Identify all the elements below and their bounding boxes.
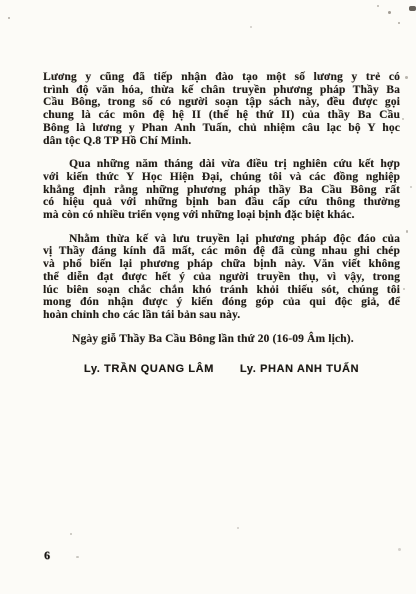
text-line: lúc biên soạn chắc chắn khó tránh khỏi t… [43,284,400,297]
paragraph-3: Nhằm thừa kế và lưu truyền lại phương ph… [43,233,400,322]
scan-speck [405,76,408,79]
text-line: mong đón nhận được ý kiến đóng góp của q… [43,296,400,309]
scan-speck [214,336,216,338]
text-line: Bông là lương y Phan Anh Tuấn, chủ nhiệm… [43,122,400,135]
scan-speck [70,533,72,535]
text-line: mà còn có nhiều triển vọng với những loạ… [43,209,400,222]
scan-speck [250,26,252,28]
text-line: và phổ biến lại phương pháp chữa bịnh nà… [43,258,400,271]
date-line: Ngày giỗ Thầy Ba Cầu Bông lần thứ 20 (16… [43,333,400,346]
signature-right: Ly. PHAN ANH TUẤN [240,363,359,376]
text-line: với kiến thức Y Học Hiện Đại, chúng tôi … [43,171,400,184]
scan-speck [76,556,79,558]
paragraph-1: Lương y cũng đã tiếp nhận đào tạo một số… [43,71,400,147]
scan-speck [409,6,416,11]
text-line: chung là các môn đệ hệ II (thế hệ thứ II… [43,109,400,122]
scan-speck [398,22,400,24]
text-line: Qua những năm tháng dài vừa điều trị ngh… [43,158,400,171]
scan-speck [398,548,401,551]
text-line: khẳng định rằng những phương pháp thầy B… [43,184,400,197]
text-line: dân tộc Q.8 TP Hồ Chí Minh. [43,135,400,148]
signature-left: Ly. TRẦN QUANG LÂM [84,363,214,376]
paragraph-2: Qua những năm tháng dài vừa điều trị ngh… [43,158,400,222]
scan-speck [410,186,412,188]
scan-speck [388,11,391,14]
page-number: 6 [44,548,50,563]
text-line: thể diễn đạt được hết ý của người truyền… [43,271,400,284]
text-line: có hiệu quả với những bịnh ban đầu cấp c… [43,196,400,209]
scan-speck [237,527,239,529]
text-line: Nhằm thừa kế và lưu truyền lại phương ph… [43,233,400,246]
scan-speck [403,288,405,290]
text-line: trình độ văn hóa, thừa kế chân truyền ph… [43,84,400,97]
scanned-page: Lương y cũng đã tiếp nhận đào tạo một số… [0,0,416,594]
scan-speck [377,5,379,7]
signature-row: Ly. TRẦN QUANG LÂM Ly. PHAN ANH TUẤN [43,363,400,376]
scan-speck [8,17,10,19]
text-line: vị Thầy đáng kính đã mất, các môn đệ đã … [43,245,400,258]
text-line: hoàn chỉnh cho các lần tái bản sau này. [43,309,400,322]
scan-speck [402,118,404,120]
text-block: Lương y cũng đã tiếp nhận đào tạo một số… [43,71,400,376]
text-line: Lương y cũng đã tiếp nhận đào tạo một số… [43,71,400,84]
text-line: Cầu Bông, trong số có người soạn tập sác… [43,96,400,109]
scan-speck [406,230,408,233]
